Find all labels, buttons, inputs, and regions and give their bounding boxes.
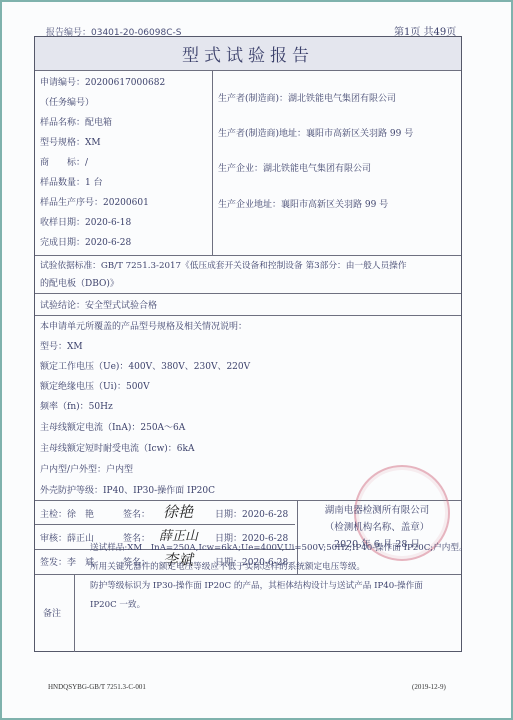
approver-role: 签发：李 斌 bbox=[40, 555, 94, 568]
document-page: 报告编号：03401-20-06098C-S 第1页 共49页 型式试验报告 申… bbox=[2, 2, 511, 718]
inspector-signature: 徐艳 bbox=[163, 501, 193, 522]
inspector-role: 主检：徐 艳 bbox=[40, 507, 94, 520]
report-title: 型式试验报告 bbox=[35, 37, 461, 70]
test-standard-line1: 试验依据标准：GB/T 7251.3-2017《低压成套开关设备和控制设备 第3… bbox=[40, 259, 407, 271]
lab-note: （检测机构名称、盖章） bbox=[292, 519, 462, 536]
spec-intro: 本申请单元所覆盖的产品型号规格及相关情况说明： bbox=[40, 319, 247, 332]
spec-frequency: 频率（fn)：50Hz bbox=[40, 399, 113, 412]
received-date: 收样日期：2020-6-18 bbox=[40, 215, 131, 228]
spec-insulation-voltage: 额定绝缘电压（Ui)：500V bbox=[40, 379, 150, 392]
sample-name: 样品名称：配电箱 bbox=[40, 115, 112, 128]
spec-short-time-current: 主母线额定短时耐受电流（Icw)：6kA bbox=[40, 441, 195, 454]
spec-ip-rating: 外壳防护等级：IP40、IP30-操作面 IP20C bbox=[40, 483, 215, 496]
production-enterprise: 生产企业：湖北铁能电气集团有限公司 bbox=[218, 161, 371, 174]
spec-indoor-outdoor: 户内型/户外型：户内型 bbox=[40, 462, 133, 475]
spec-rated-voltage: 额定工作电压（Ue)：400V、380V、230V、220V bbox=[40, 359, 250, 372]
spec-model: 型号：XM bbox=[40, 339, 83, 352]
trademark: 商 标：/ bbox=[40, 155, 88, 168]
test-conclusion: 试验结论：安全型式试验合格 bbox=[40, 298, 157, 311]
remarks-label: 备注 bbox=[43, 606, 61, 619]
manufacturer-address: 生产者(制造商)地址：襄阳市高新区关羽路 99 号 bbox=[218, 126, 413, 139]
application-number: 申请编号：20200617000682 bbox=[40, 75, 165, 88]
form-version: (2019-12-9) bbox=[412, 683, 446, 691]
inspector-date: 日期：2020-6-28 bbox=[215, 507, 288, 520]
sample-serial: 样品生产序号：20200601 bbox=[40, 195, 149, 208]
reviewer-role: 审核：薛正山 bbox=[40, 531, 94, 544]
remark-line: 防护等级标识为 IP30-操作面 IP20C 的产品，其柜体结构设计与送试产品 … bbox=[90, 577, 460, 596]
task-number-label: （任务编号） bbox=[40, 95, 94, 108]
remark-line: 所用关键元器件的额定电压等级应不低于实际送样的系统额定电压等级。 bbox=[90, 558, 460, 577]
remark-line: IP20C 一致。 bbox=[90, 596, 460, 615]
completed-date: 完成日期：2020-6-28 bbox=[40, 235, 131, 248]
manufacturer: 生产者(制造商)：湖北铁能电气集团有限公司 bbox=[218, 91, 396, 104]
sample-quantity: 样品数量：1 台 bbox=[40, 175, 103, 188]
spec-rated-current: 主母线额定电流（InA)：250A～6A bbox=[40, 420, 185, 433]
test-standard-line2: 的配电板（DBO)》 bbox=[40, 276, 119, 289]
model-spec: 型号规格：XM bbox=[40, 135, 101, 148]
lab-name: 湖南电器检测所有限公司 bbox=[292, 502, 462, 519]
inspector-sign-label: 签名： bbox=[123, 507, 150, 520]
form-code: HNDQSYBG-GB/T 7251.3-C-001 bbox=[48, 683, 146, 691]
remark-line: 送试样品:XM InA=250A,Icw=6kA;Ue=400V,Ui=500V… bbox=[90, 539, 460, 558]
remarks-content: 送试样品:XM InA=250A,Icw=6kA;Ue=400V,Ui=500V… bbox=[90, 539, 460, 615]
production-enterprise-address: 生产企业地址：襄阳市高新区关羽路 99 号 bbox=[218, 197, 388, 210]
